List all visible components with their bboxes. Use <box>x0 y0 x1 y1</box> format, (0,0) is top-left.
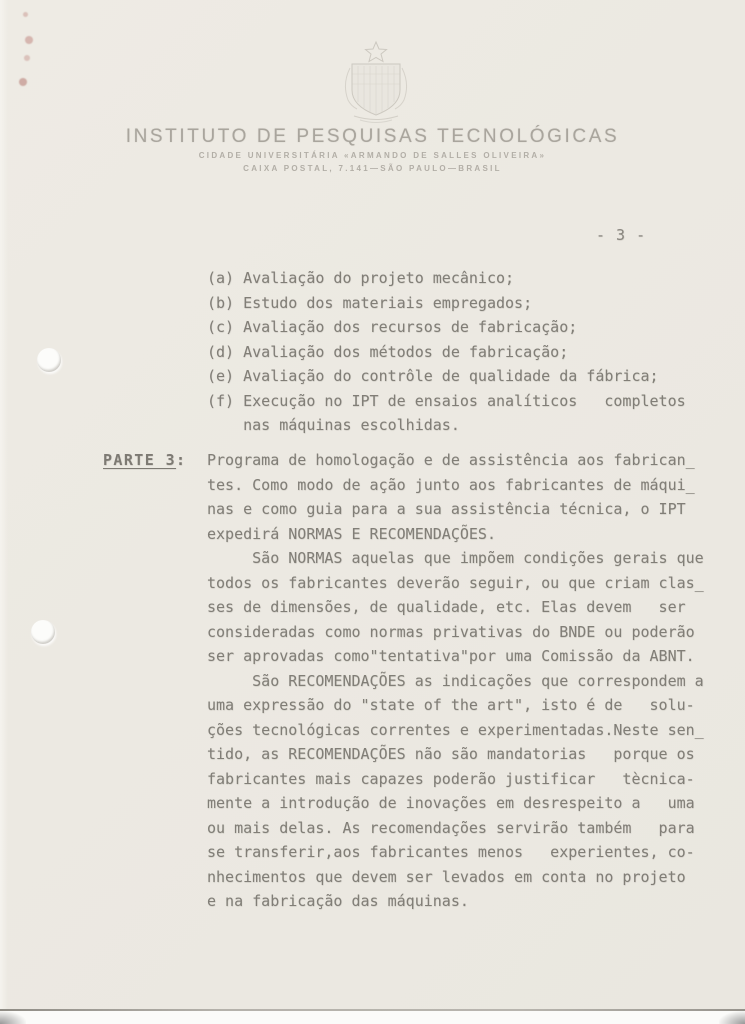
text-line: fabricantes mais capazes poderão justifi… <box>207 767 707 792</box>
text-line: nas e como guia para a sua assistência t… <box>207 497 707 522</box>
text-line: expedirá NORMAS E RECOMENDAÇÕES. <box>207 522 707 547</box>
binding-mark <box>19 78 27 86</box>
text-line: tido, as RECOMENDAÇÕES não são mandatori… <box>207 742 707 767</box>
paragraph-3: São RECOMENDAÇÕES as indicações que corr… <box>207 669 707 914</box>
text-line: Programa de homologação e de assistência… <box>207 448 707 473</box>
parte3-label: PARTE 3: <box>103 448 186 473</box>
text-line: nas máquinas escolhidas. <box>207 413 686 438</box>
scanner-corner-right <box>719 1011 745 1024</box>
paragraph-1: Programa de homologação e de assistência… <box>207 448 707 546</box>
paragraph-2: São NORMAS aquelas que impõem condições … <box>207 546 707 669</box>
text-line: tes. Como modo de ação junto aos fabrica… <box>207 473 707 498</box>
text-line: consideradas como normas privativas do B… <box>207 620 707 645</box>
text-line: ses de dimensões, de qualidade, etc. Ela… <box>207 595 707 620</box>
binding-mark <box>23 12 28 17</box>
text-line: (e) Avaliação do contrôle de qualidade d… <box>207 364 686 389</box>
text-line: ou mais delas. As recomendações servirão… <box>207 816 707 841</box>
scanner-bed <box>0 1011 745 1024</box>
punch-hole <box>37 348 61 372</box>
text-line: ções tecnológicas correntes e experiment… <box>207 718 707 743</box>
binding-mark <box>24 55 30 61</box>
punch-hole <box>31 620 55 644</box>
binding-mark <box>25 36 33 44</box>
parte3-body: Programa de homologação e de assistência… <box>207 448 707 914</box>
state-crest-with-star-icon <box>330 40 422 124</box>
address-line-2: CAIXA POSTAL, 7.141—SÃO PAULO—BRASIL <box>0 164 745 173</box>
text-line: mente a introdução de inovações em desre… <box>207 791 707 816</box>
parte3-label-colon: : <box>176 451 186 469</box>
parte3-label-text: PARTE 3 <box>103 451 176 469</box>
address-line-1: CIDADE UNIVERSITÁRIA «ARMANDO DE SALLES … <box>0 151 745 160</box>
text-line: (d) Avaliação dos métodos de fabricação; <box>207 340 686 365</box>
scanner-corner-left <box>0 1011 26 1024</box>
text-line: e na fabricação das máquinas. <box>207 889 707 914</box>
text-line: todos os fabricantes deverão seguir, ou … <box>207 571 707 596</box>
text-line: ser aprovadas como"tentativa"por uma Com… <box>207 644 707 669</box>
text-line: (c) Avaliação dos recursos de fabricação… <box>207 315 686 340</box>
text-line: (a) Avaliação do projeto mecânico; <box>207 266 686 291</box>
text-line: se transferir,aos fabricantes menos expe… <box>207 840 707 865</box>
text-line: (b) Estudo dos materiais empregados; <box>207 291 686 316</box>
page-number: - 3 - <box>596 226 646 244</box>
item-list: (a) Avaliação do projeto mecânico;(b) Es… <box>207 266 686 438</box>
document-scan: INSTITUTO DE PESQUISAS TECNOLÓGICAS CIDA… <box>0 0 745 1024</box>
paper: INSTITUTO DE PESQUISAS TECNOLÓGICAS CIDA… <box>0 0 745 1009</box>
institute-name: INSTITUTO DE PESQUISAS TECNOLÓGICAS <box>0 126 745 148</box>
text-line: uma expressão do "state of the art", ist… <box>207 693 707 718</box>
text-line: (f) Execução no IPT de ensaios analítico… <box>207 389 686 414</box>
text-line: São RECOMENDAÇÕES as indicações que corr… <box>207 669 707 694</box>
text-line: nhecimentos que devem ser levados em con… <box>207 865 707 890</box>
text-line: São NORMAS aquelas que impõem condições … <box>207 546 707 571</box>
